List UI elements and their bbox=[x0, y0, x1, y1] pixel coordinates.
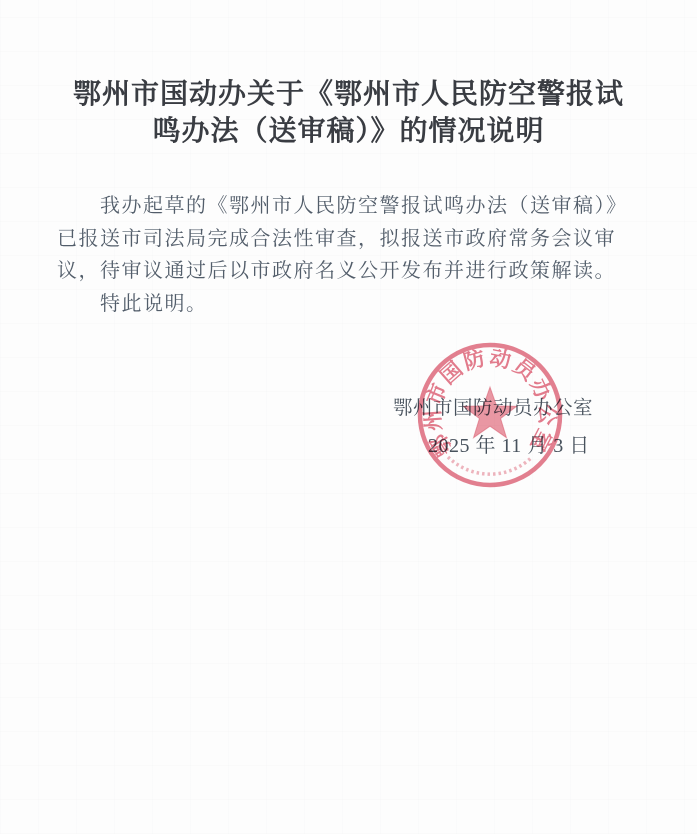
signature-line: 鄂州市国防动员办公室 bbox=[393, 392, 593, 420]
document-title: 鄂州市国动办关于《鄂州市人民防空警报试 鸣办法（送审稿）》的情况说明 bbox=[40, 76, 657, 150]
document-body: 我办起草的《鄂州市人民防空警报试鸣办法（送审稿）》 已报送市司法局完成合法性审查… bbox=[57, 190, 628, 320]
body-line: 已报送市司法局完成合法性审查，拟报送市政府常务会议审 bbox=[57, 223, 628, 256]
body-line: 议，待审议通过后以市政府名义公开发布并进行政策解读。 bbox=[57, 255, 628, 288]
title-line-2: 鸣办法（送审稿）》的情况说明 bbox=[40, 113, 657, 150]
document-page: 鄂州市国动办关于《鄂州市人民防空警报试 鸣办法（送审稿）》的情况说明 我办起草的… bbox=[0, 0, 697, 834]
seal-bottom-mark bbox=[448, 457, 532, 474]
date-line: 2025 年 11 月 3 日 bbox=[428, 429, 590, 458]
title-line-1: 鄂州市国动办关于《鄂州市人民防空警报试 bbox=[40, 76, 657, 113]
body-line: 特此说明。 bbox=[57, 288, 628, 321]
body-line: 我办起草的《鄂州市人民防空警报试鸣办法（送审稿）》 bbox=[57, 190, 628, 223]
